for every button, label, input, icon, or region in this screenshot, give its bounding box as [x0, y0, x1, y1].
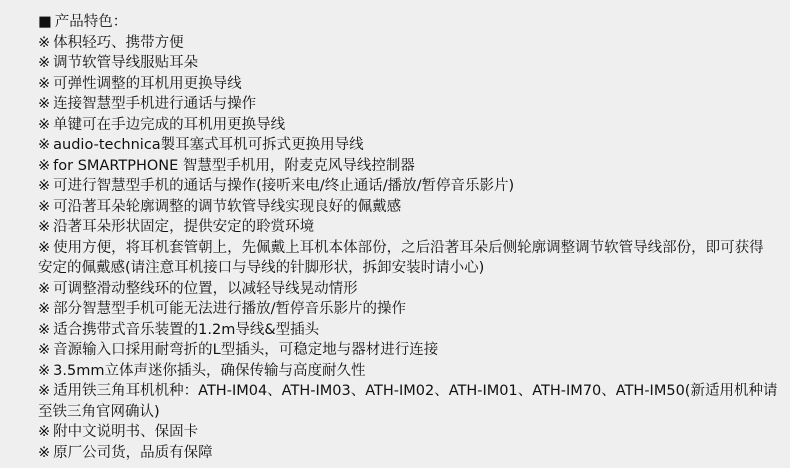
product-features-document: ■产品特色： ※体积轻巧、携带方便 ※调节软管导线服贴耳朵 ※可弹性调整的耳机用…: [38, 12, 778, 463]
feature-item: ※连接智慧型手机进行通话与操作: [38, 94, 778, 115]
feature-text: audio-technica製耳塞式耳机可拆式更换用导线: [53, 137, 364, 153]
feature-text: 3.5mm立体声迷你插头，确保传输与高度耐久性: [53, 363, 365, 379]
features-heading: ■产品特色：: [38, 12, 778, 33]
reference-mark-icon: ※: [38, 55, 50, 71]
feature-item: ※可调整滑动整线环的位置，以减轻导线晃动情形: [38, 279, 778, 300]
reference-mark-icon: ※: [38, 199, 50, 215]
feature-item: ※可沿著耳朵轮廓调整的调节软管导线实现良好的佩戴感: [38, 197, 778, 218]
feature-item: ※沿著耳朵形状固定，提供安定的聆赏环境: [38, 217, 778, 238]
reference-mark-icon: ※: [38, 158, 50, 174]
reference-mark-icon: ※: [38, 137, 50, 153]
reference-mark-icon: ※: [38, 383, 50, 399]
reference-mark-icon: ※: [38, 342, 50, 358]
feature-text: 可调整滑动整线环的位置，以减轻导线晃动情形: [53, 281, 358, 297]
reference-mark-icon: ※: [38, 178, 50, 194]
reference-mark-icon: ※: [38, 96, 50, 112]
feature-item: ※适用铁三角耳机机种：ATH-IM04、ATH-IM03、ATH-IM02、AT…: [38, 381, 778, 422]
feature-text: 体积轻巧、携带方便: [53, 35, 184, 51]
feature-text: 原厂公司货，品质有保障: [53, 445, 213, 461]
heading-text: 产品特色：: [55, 14, 128, 30]
feature-text: 适合携带式音乐装置的1.2m导线&型插头: [53, 322, 319, 338]
feature-text: 使用方便，将耳机套管朝上，先佩戴上耳机本体部份，之后沿著耳朵后侧轮廓调整调节软管…: [38, 240, 764, 277]
feature-text: 连接智慧型手机进行通话与操作: [53, 96, 256, 112]
feature-item: ※适合携带式音乐装置的1.2m导线&型插头: [38, 320, 778, 341]
feature-item: ※可进行智慧型手机的通话与操作(接听来电/终止通话/播放/暂停音乐影片): [38, 176, 778, 197]
square-bullet-icon: ■: [38, 14, 52, 30]
feature-item: ※audio-technica製耳塞式耳机可拆式更换用导线: [38, 135, 778, 156]
feature-item: ※部分智慧型手机可能无法进行播放/暂停音乐影片的操作: [38, 299, 778, 320]
reference-mark-icon: ※: [38, 35, 50, 51]
feature-text: 调节软管导线服贴耳朵: [53, 55, 198, 71]
reference-mark-icon: ※: [38, 240, 50, 256]
feature-item: ※调节软管导线服贴耳朵: [38, 53, 778, 74]
feature-text: 沿著耳朵形状固定，提供安定的聆赏环境: [53, 219, 314, 235]
feature-text: for SMARTPHONE 智慧型手机用，附麦克风导线控制器: [53, 158, 415, 174]
feature-text: 可进行智慧型手机的通话与操作(接听来电/终止通话/播放/暂停音乐影片): [53, 178, 514, 194]
feature-item: ※体积轻巧、携带方便: [38, 33, 778, 54]
feature-item: ※可弹性调整的耳机用更换导线: [38, 74, 778, 95]
reference-mark-icon: ※: [38, 219, 50, 235]
feature-text: 单键可在手边完成的耳机用更换导线: [53, 117, 285, 133]
feature-item: ※使用方便，将耳机套管朝上，先佩戴上耳机本体部份，之后沿著耳朵后侧轮廓调整调节软…: [38, 238, 778, 279]
feature-text: 可弹性调整的耳机用更换导线: [53, 76, 242, 92]
reference-mark-icon: ※: [38, 363, 50, 379]
feature-item: ※3.5mm立体声迷你插头，确保传输与高度耐久性: [38, 361, 778, 382]
feature-item: ※单键可在手边完成的耳机用更换导线: [38, 115, 778, 136]
feature-item: ※音源输入口採用耐弯折的L型插头，可稳定地与器材进行连接: [38, 340, 778, 361]
reference-mark-icon: ※: [38, 322, 50, 338]
reference-mark-icon: ※: [38, 76, 50, 92]
reference-mark-icon: ※: [38, 445, 50, 461]
feature-item: ※原厂公司货，品质有保障: [38, 443, 778, 464]
feature-item: ※附中文说明书、保固卡: [38, 422, 778, 443]
feature-text: 附中文说明书、保固卡: [53, 424, 198, 440]
feature-text: 可沿著耳朵轮廓调整的调节软管导线实现良好的佩戴感: [53, 199, 401, 215]
feature-text: 适用铁三角耳机机种：ATH-IM04、ATH-IM03、ATH-IM02、ATH…: [38, 383, 777, 420]
reference-mark-icon: ※: [38, 117, 50, 133]
reference-mark-icon: ※: [38, 281, 50, 297]
feature-item: ※for SMARTPHONE 智慧型手机用，附麦克风导线控制器: [38, 156, 778, 177]
reference-mark-icon: ※: [38, 424, 50, 440]
feature-text: 部分智慧型手机可能无法进行播放/暂停音乐影片的操作: [53, 301, 406, 317]
feature-text: 音源输入口採用耐弯折的L型插头，可稳定地与器材进行连接: [53, 342, 438, 358]
reference-mark-icon: ※: [38, 301, 50, 317]
